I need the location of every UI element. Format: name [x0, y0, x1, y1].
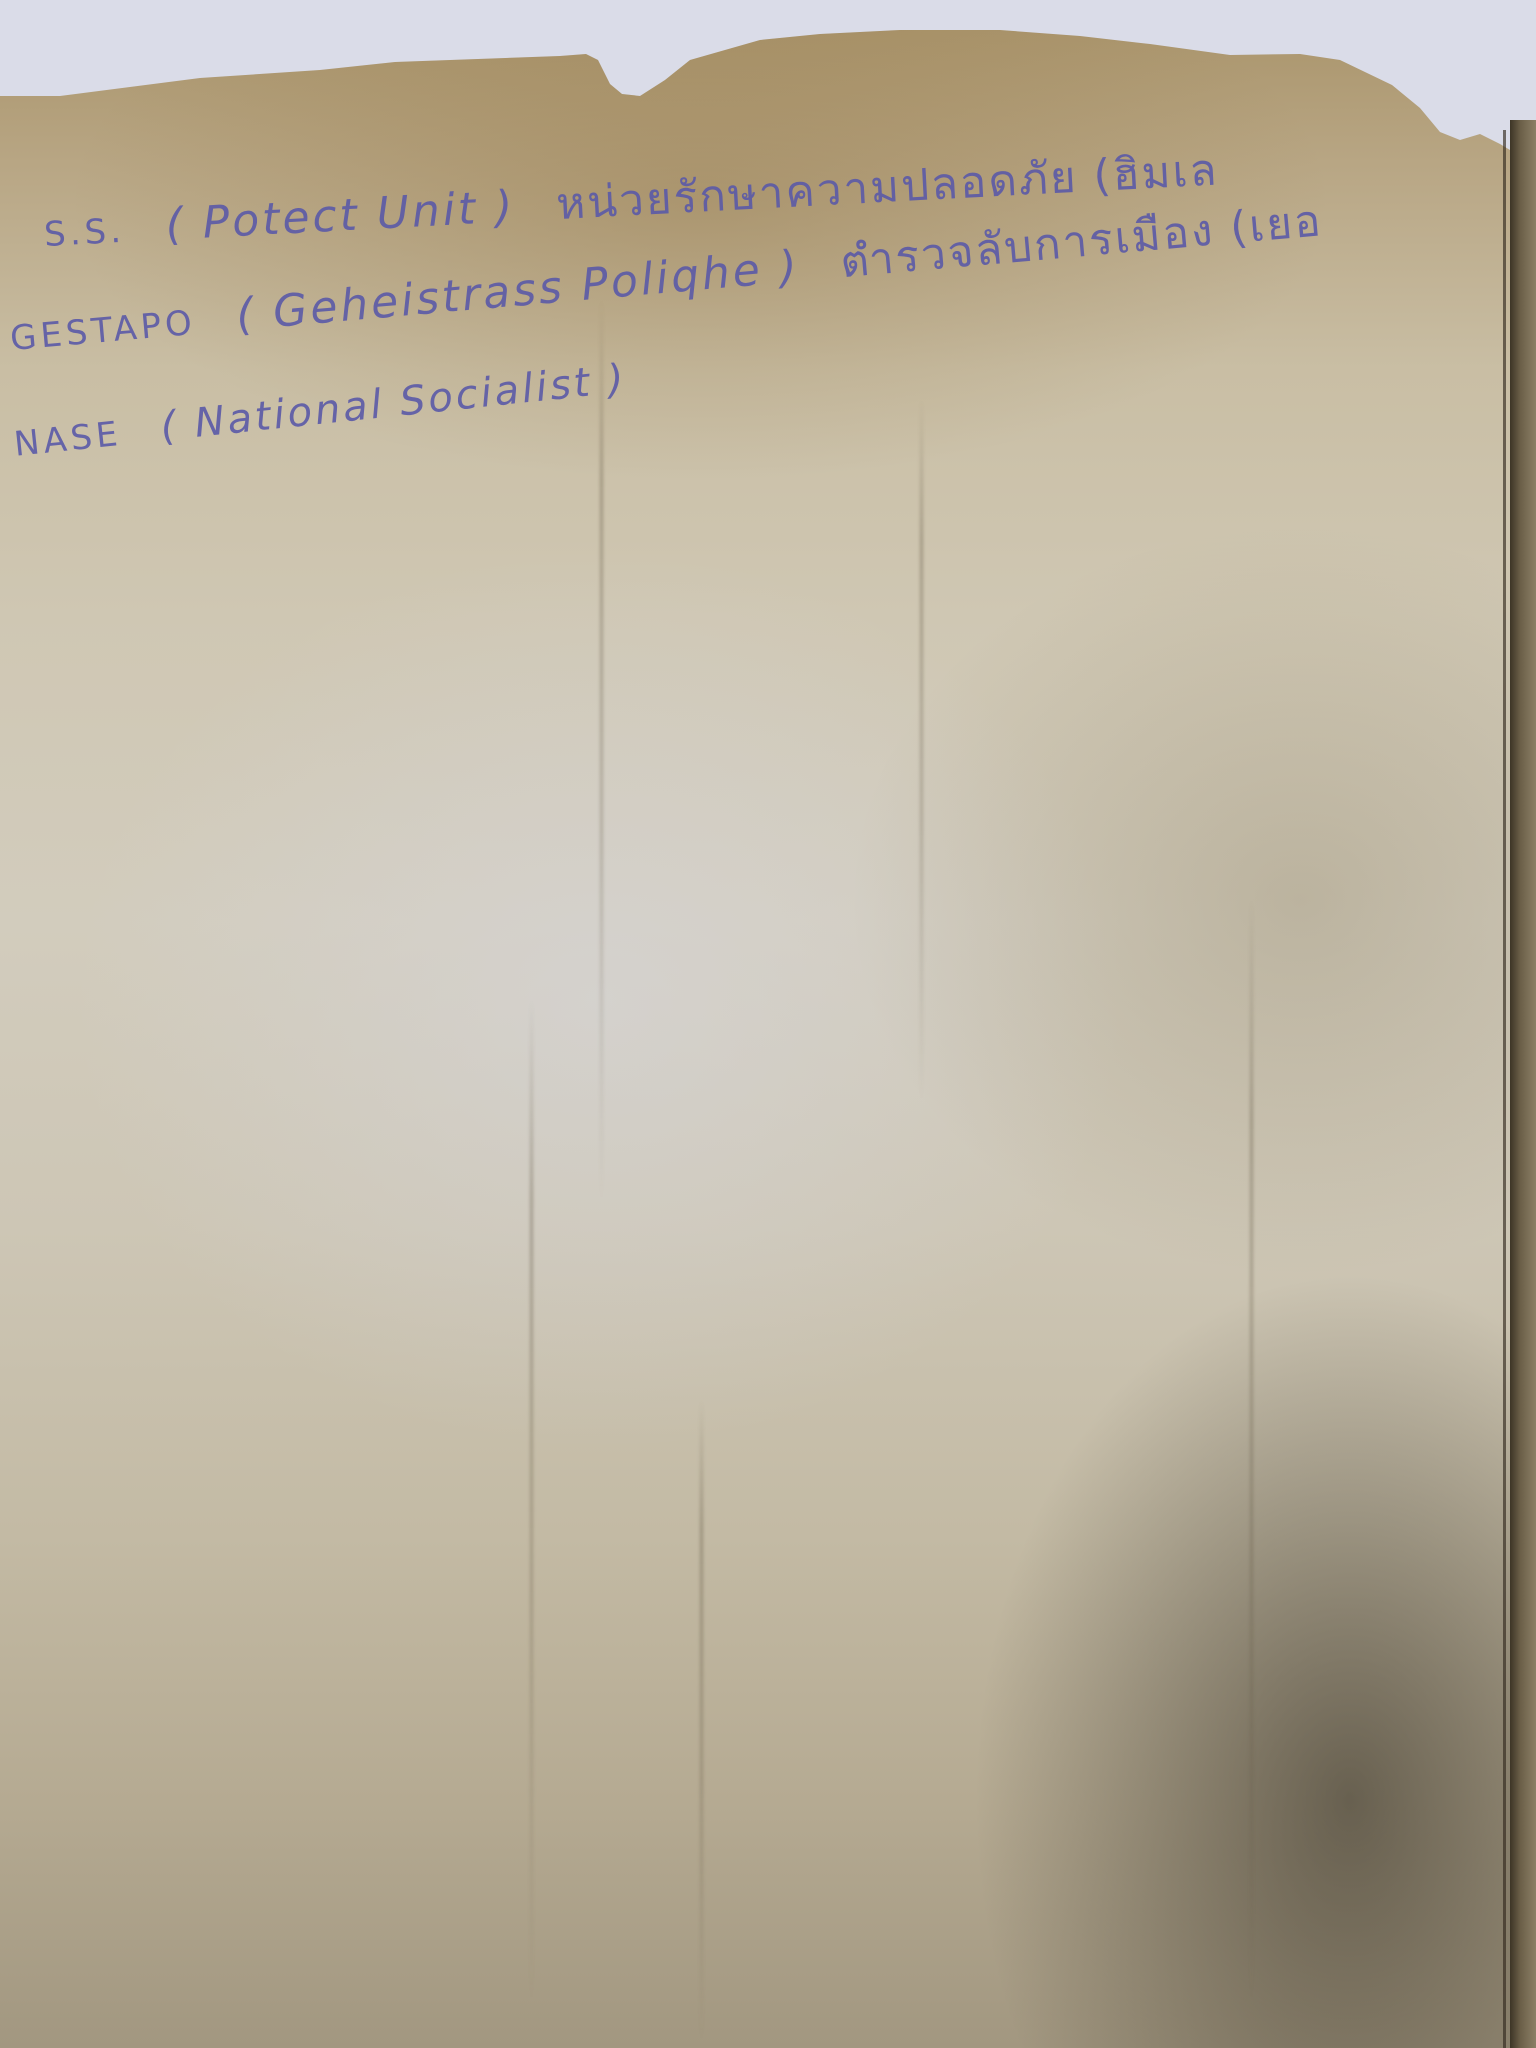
water-stain	[1250, 900, 1253, 2000]
page-fold	[1503, 130, 1506, 2048]
water-stain	[600, 300, 603, 1200]
gloss-ss: ( Potect Unit )	[164, 181, 516, 250]
water-stain	[700, 1400, 703, 2040]
water-stain	[920, 400, 923, 1100]
book-spine	[1510, 120, 1536, 2048]
term-ss: S.S.	[43, 211, 126, 255]
term-gestapo: GESTAPO	[9, 303, 198, 359]
water-stain	[530, 1000, 533, 2000]
